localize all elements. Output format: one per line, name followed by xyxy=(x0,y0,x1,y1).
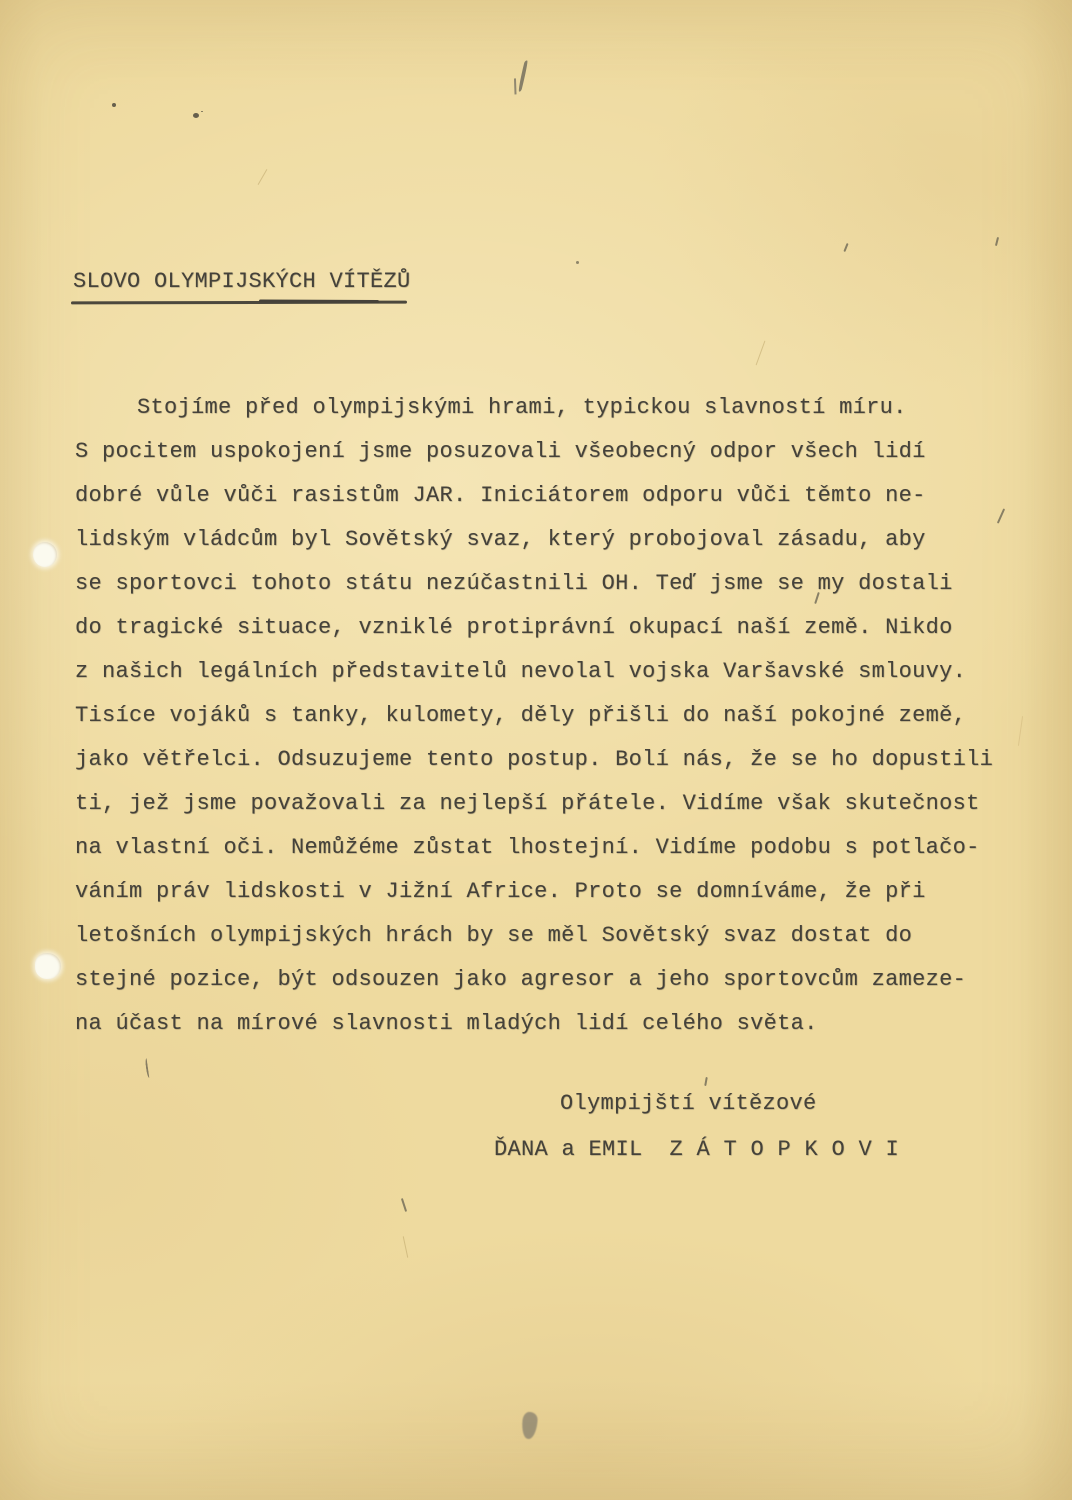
body-line: Tisíce vojáků s tanky, kulomety, děly př… xyxy=(75,694,1035,738)
document-title: SLOVO OLYMPIJSKÝCH VÍTĚZŮ xyxy=(73,270,411,294)
body-line: na účast na mírové slavnosti mladých lid… xyxy=(75,1002,1035,1046)
paper-fiber xyxy=(756,341,766,366)
body-line: se sportovci tohoto státu nezúčastnili O… xyxy=(75,562,1035,606)
ink-stain xyxy=(521,1411,539,1439)
body-line: do tragické situace, vzniklé protiprávní… xyxy=(75,606,1035,650)
scanned-document-page: SLOVO OLYMPIJSKÝCH VÍTĚZŮ Stojíme před o… xyxy=(0,0,1072,1500)
body-line: dobré vůle vůči rasistům JAR. Iniciátore… xyxy=(75,474,1035,518)
body-line: váním práv lidskosti v Jižní Africe. Pro… xyxy=(75,870,1035,914)
stray-mark xyxy=(704,1077,708,1086)
pen-mark xyxy=(517,60,529,92)
ink-speck xyxy=(193,113,199,118)
ink-speck xyxy=(112,103,116,107)
paper-fiber xyxy=(258,169,268,185)
body-line: letošních olympijských hrách by se měl S… xyxy=(75,914,1035,958)
stray-mark xyxy=(145,1058,152,1078)
body-line: lidským vládcům byl Sovětský svaz, který… xyxy=(75,518,1035,562)
white-spot xyxy=(35,953,61,979)
ink-speck xyxy=(576,261,579,264)
stray-mark xyxy=(995,237,999,246)
body-text: Stojíme před olympijskými hrami, typicko… xyxy=(75,386,1035,1046)
body-line: z našich legálních představitelů nevolal… xyxy=(75,650,1035,694)
body-line: S pocitem uspokojení jsme posuzovali vše… xyxy=(75,430,1035,474)
body-line: Stojíme před olympijskými hrami, typicko… xyxy=(75,386,1035,430)
stray-mark xyxy=(401,1198,407,1212)
body-line: ti, jež jsme považovali za nejlepší přát… xyxy=(75,782,1035,826)
white-spot xyxy=(33,542,57,567)
signature-role: Olympijští vítězové xyxy=(560,1091,817,1116)
signature-names: ĎANA a EMIL Z Á T O P K O V I xyxy=(494,1137,899,1162)
body-line: jako větřelci. Odsuzujeme tento postup. … xyxy=(75,738,1035,782)
title-underline xyxy=(71,301,407,305)
body-line: na vlastní oči. Nemůžéme zůstat lhostejn… xyxy=(75,826,1035,870)
stray-mark xyxy=(843,243,848,252)
paper-fiber xyxy=(403,1236,409,1258)
body-line: stejné pozice, být odsouzen jako agresor… xyxy=(75,958,1035,1002)
